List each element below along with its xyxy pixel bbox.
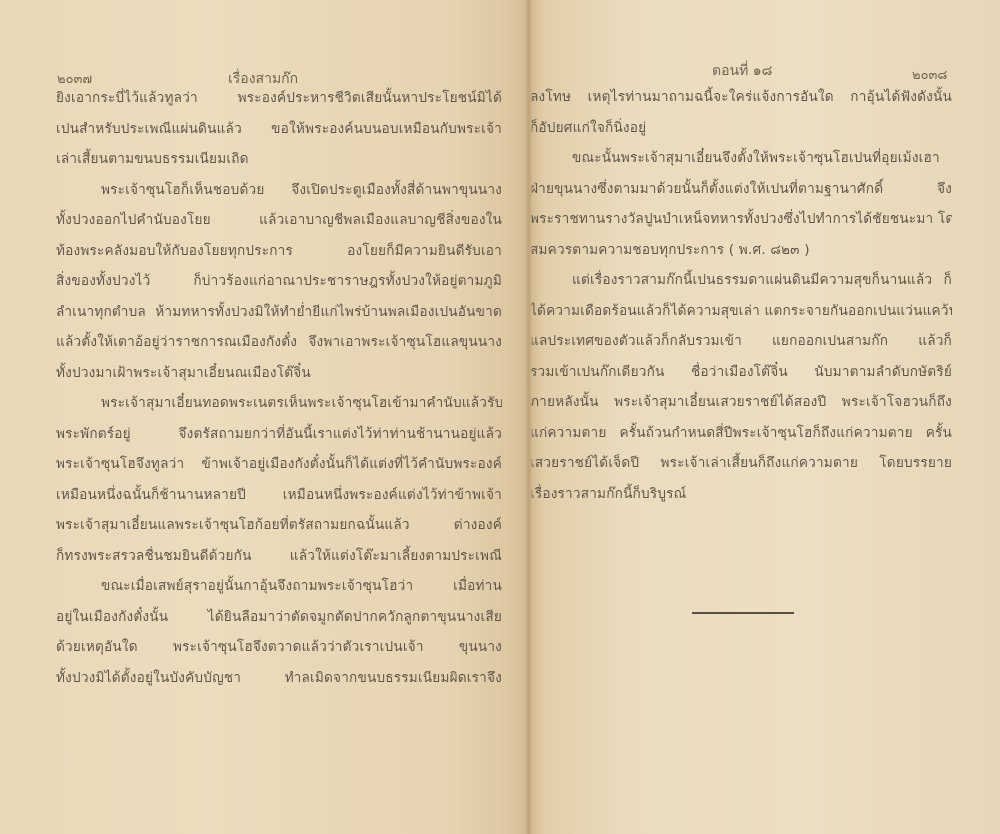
text-line: ได้ความเดือดร้อนแล้วก็ได้ความสุขเล่า แตก…: [530, 296, 952, 327]
text-line: รวมเข้าเปนก๊กเดียวกัน ชื่อว่าเมืองโต๊จิ๋…: [530, 357, 952, 388]
book-spread: ๒๐๓๗ เรื่องสามก๊ก ยิงเอากระบี่ไว้แล้วทูล…: [0, 0, 1000, 834]
text-line: ลำเนาทุกตำบล ห้ามทหารทั้งปวงมิให้ทำย่ำยี…: [56, 297, 502, 328]
text-line: พระเจ้าสุมาเอี๋ยนแลพระเจ้าซุนโฮก้อยที่ตร…: [56, 510, 502, 541]
text-line: อยู่ในเมืองกังตั๋งนั้น ได้ยินลือมาว่าตัด…: [56, 602, 502, 633]
text-line: เล่าเสี้ยนตามขนบธรรมเนียมเถิด: [56, 144, 502, 175]
text-line: ยิงเอากระบี่ไว้แล้วทูลว่า พระองค์ประหารช…: [56, 83, 502, 114]
text-line: เหมือนหนึ่งฉนั้นก็ช้านานหลายปี เหมือนหนึ…: [56, 480, 502, 511]
right-page: ตอนที่ ๑๘ ๒๐๓๘ ลงโทษ เหตุไรท่านมาถามฉนี้…: [530, 0, 1000, 834]
text-line: เรื่องราวสามก๊กนี้ก็บริบูรณ์: [530, 479, 952, 510]
text-line: ภายหลังนั้น พระเจ้าสุมาเอี๋ยนเสวยราชย์ได…: [530, 387, 952, 418]
right-running-title: ตอนที่ ๑๘: [712, 60, 772, 82]
end-of-chapter-rule: [692, 612, 794, 614]
text-line: ด้วยเหตุอันใด พระเจ้าซุนโฮจึงตวาดแล้วว่า…: [56, 632, 502, 663]
text-line: เปนสำหรับประเพณีแผ่นดินแล้ว ขอให้พระองค์…: [56, 114, 502, 145]
text-line: ก็อัปยศแก่ใจก็นิ่งอยู่: [530, 113, 952, 144]
text-line: สิ่งของทั้งปวงไว้ ก็บ่าวร้องแก่อาณาประชา…: [56, 266, 502, 297]
text-line: ฝ่ายขุนนางซึ่งตามมาด้วยนั้นก็ตั้งแต่งให้…: [530, 174, 952, 205]
text-line: พระราชทานรางวัลปูนบำเหน็จทหารทั้งปวงซึ่ง…: [530, 204, 952, 235]
text-line: แลประเทศของตัวแล้วก็กลับรวมเข้า แยกออกเป…: [530, 326, 952, 357]
text-line: ก็ทรงพระสรวลชื่นชมยินดีด้วยกัน แล้วให้แต…: [56, 541, 502, 572]
right-body-text: ลงโทษ เหตุไรท่านมาถามฉนี้จะใคร่แจ้งการอั…: [530, 82, 952, 509]
text-line: ทั้งปวงมิได้ตั้งอยู่ในบังคับบัญชา ทำลเมิ…: [56, 663, 502, 694]
text-line: พระเจ้าสุมาเอี๋ยนทอดพระเนตรเห็นพระเจ้าซุ…: [56, 388, 502, 419]
text-line: ขณะเมื่อเสพย์สุราอยู่นั้นกาอุ้นจึงถามพระ…: [56, 571, 502, 602]
text-line: แล้วตั้งให้เตาอ้อยู่ว่าราชการณเมืองกังตั…: [56, 327, 502, 358]
text-line: แต่เรื่องราวสามก๊กนี้เปนธรรมดาแผ่นดินมีค…: [530, 265, 952, 296]
text-line: ขณะนั้นพระเจ้าสุมาเอี๋ยนจึงตั้งให้พระเจ้…: [530, 143, 952, 174]
left-body-text: ยิงเอากระบี่ไว้แล้วทูลว่า พระองค์ประหารช…: [56, 83, 502, 693]
text-line: พระเจ้าซุนโฮก็เห็นชอบด้วย จึงเปิดประตูเม…: [56, 175, 502, 206]
text-line: เสวยราชย์ได้เจ็ดปี พระเจ้าเล่าเสี้ยนก็ถึ…: [530, 448, 952, 479]
text-line: ทั้งปวงออกไปคำนับองโยย แล้วเอาบาญชีพลเมื…: [56, 205, 502, 236]
text-line: ลงโทษ เหตุไรท่านมาถามฉนี้จะใคร่แจ้งการอั…: [530, 82, 952, 113]
left-page: ๒๐๓๗ เรื่องสามก๊ก ยิงเอากระบี่ไว้แล้วทูล…: [0, 0, 530, 834]
book-spine-shadow: [526, 0, 532, 834]
text-line: พระเจ้าซุนโฮจึงทูลว่า ข้าพเจ้าอยู่เมืองก…: [56, 449, 502, 480]
text-line: ทั้งปวงมาเฝ้าพระเจ้าสุมาเอี๋ยนณเมืองโต๊จ…: [56, 358, 502, 389]
text-line: พระพักตร์อยู่ จึงตรัสถามยกว่าที่อันนี้เร…: [56, 419, 502, 450]
text-line: ท้องพระคลังมอบให้กับองโยยทุกประการ องโยย…: [56, 236, 502, 267]
text-line: แก่ความตาย ครั้นถ้วนกำหนดสี่ปีพระเจ้าซุน…: [530, 418, 952, 449]
text-line: สมควรตามความชอบทุกประการ ( พ.ศ. ๘๒๓ ): [530, 235, 952, 266]
